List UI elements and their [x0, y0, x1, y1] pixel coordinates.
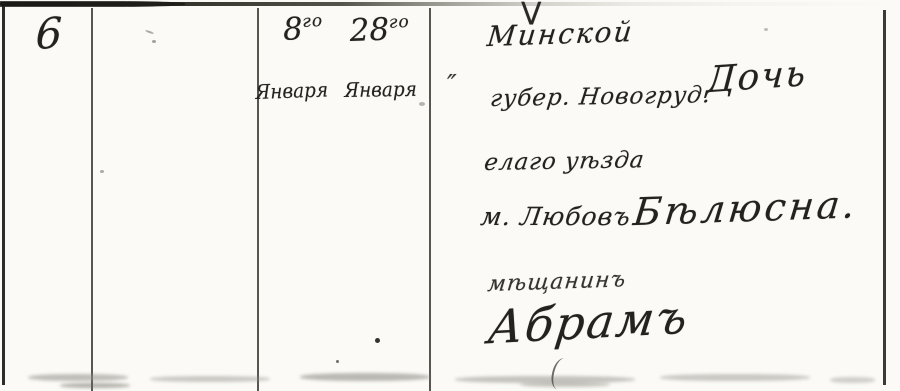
column-divider-3	[429, 8, 431, 391]
scanned-register-page: 6 8го 28го Января Января ″ V Минской губ…	[0, 0, 900, 391]
ink-speck	[100, 170, 104, 173]
details-line-gubernia-district: губер. Новогруд.	[489, 82, 713, 112]
ink-dot	[336, 360, 339, 363]
child-gender-note: Дочь	[705, 53, 809, 101]
details-line-uyezd: елаго уѣзда	[483, 147, 646, 176]
ink-speck	[152, 40, 156, 43]
ink-speck	[419, 102, 425, 106]
entry-number: 6	[35, 8, 62, 60]
ditto-mark: ″	[447, 70, 457, 100]
birth-day-ordinal: го	[302, 11, 324, 32]
column-divider-right-edge	[883, 10, 886, 385]
baptism-day-ordinal: го	[388, 12, 410, 33]
ink-speck	[764, 28, 768, 31]
baptism-day-value: 28	[349, 12, 390, 49]
details-line-governorate: Минской	[486, 15, 636, 53]
birth-day: 8го	[282, 10, 324, 48]
details-father-name: Абрамъ	[485, 290, 692, 355]
scan-smudge	[150, 376, 270, 382]
baptism-day: 28го	[349, 11, 411, 49]
details-surname: Бѣлюсна.	[631, 182, 860, 234]
scan-smudge	[830, 377, 875, 383]
scan-smudge	[28, 374, 128, 381]
scan-smudge	[660, 374, 810, 381]
ink-dot	[375, 338, 380, 343]
details-line-town: м. Любовъ	[479, 202, 633, 231]
column-divider-left-edge	[2, 6, 5, 385]
scan-smudge	[300, 373, 430, 381]
birth-month: Января	[255, 77, 328, 104]
table-top-rule-heavy-segment	[0, 1, 185, 7]
scan-smudge	[60, 383, 130, 388]
column-divider-1	[91, 8, 93, 391]
ink-speck	[145, 30, 154, 35]
column-divider-2	[257, 8, 259, 391]
baptism-month: Января	[344, 77, 417, 102]
details-line-estate: мѣщанинъ	[486, 267, 627, 297]
birth-day-value: 8	[282, 11, 304, 48]
